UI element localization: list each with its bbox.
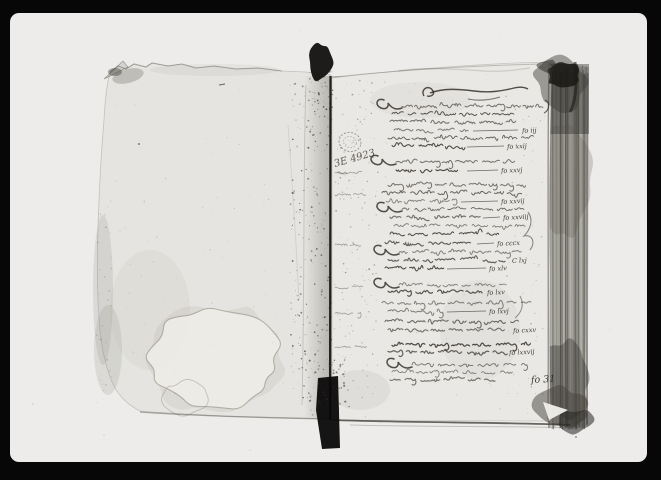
manuscript-photo: fo iijfo xxijfo xxvjfo xxvijfo xxviijfo … <box>0 0 661 480</box>
right-page <box>330 55 595 435</box>
photo-background: fo iijfo xxijfo xxvjfo xxvijfo xxviijfo … <box>0 0 661 480</box>
gutter-line <box>330 76 331 420</box>
left-page <box>93 61 333 419</box>
